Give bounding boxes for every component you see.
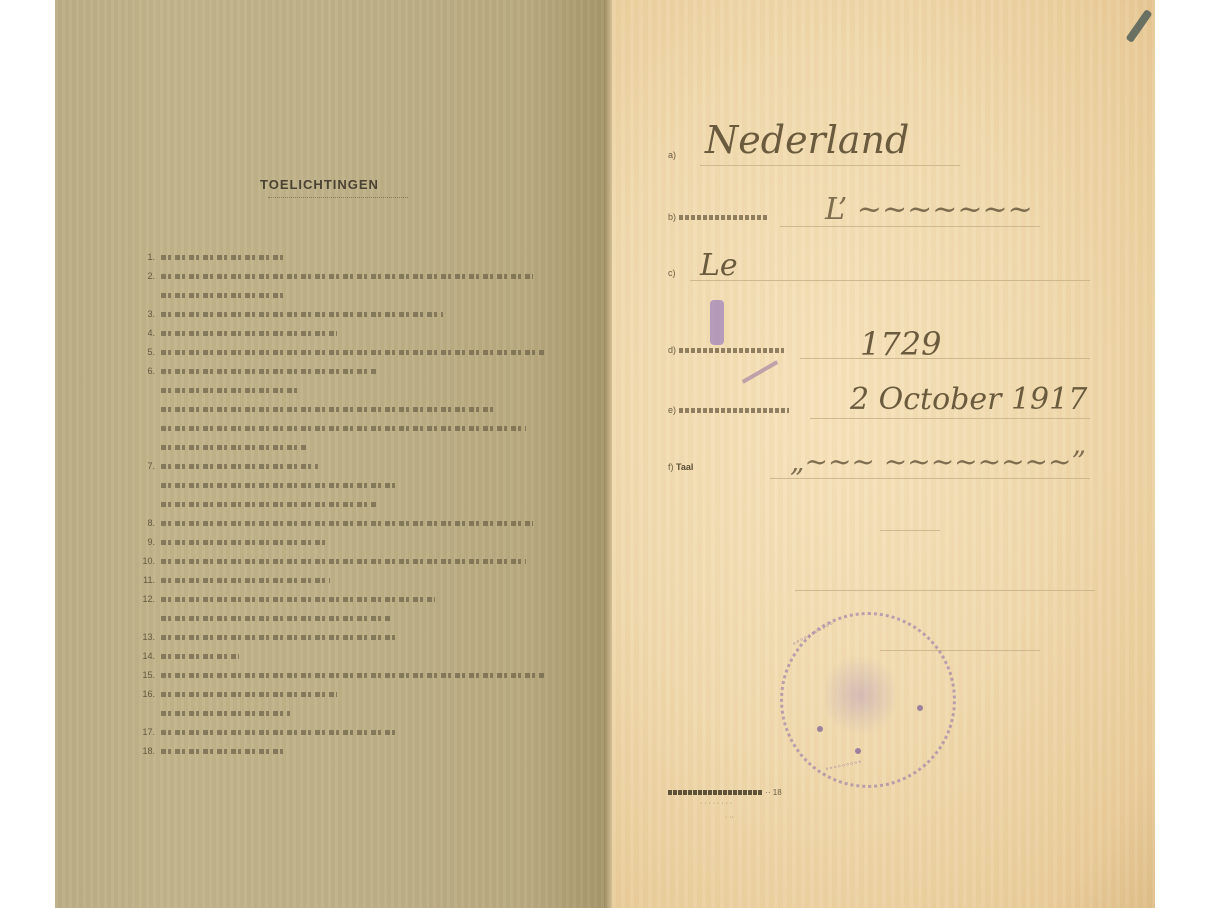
field-a-value: Nederland <box>705 118 909 162</box>
illegible-text-line <box>161 521 533 526</box>
notes-title: TOELICHTINGEN <box>260 177 379 192</box>
note-item: 18. <box>133 742 553 761</box>
note-number: 4. <box>133 324 161 343</box>
note-number: 12. <box>133 590 161 628</box>
printer-line-3: · ·· <box>725 814 734 821</box>
note-number: 3. <box>133 305 161 324</box>
illegible-text-line <box>161 673 545 678</box>
printer-line-2: · · · · · · · · <box>700 800 732 807</box>
illegible-text-line <box>161 502 377 507</box>
illegible-text-line <box>161 578 330 583</box>
note-number: 13. <box>133 628 161 647</box>
blank-rule-2 <box>795 590 1095 591</box>
note-number: 5. <box>133 343 161 362</box>
note-number: 18. <box>133 742 161 761</box>
note-item: 13. <box>133 628 553 647</box>
field-b-value: L’ ~~~~~~~ <box>825 192 1033 227</box>
note-number: 8. <box>133 514 161 533</box>
stamp-emblem <box>825 650 895 740</box>
note-item: 16. <box>133 685 553 723</box>
note-item: 11. <box>133 571 553 590</box>
field-d-value: 1729 <box>860 325 941 363</box>
field-b-label: b) <box>668 212 769 222</box>
note-number: 15. <box>133 666 161 685</box>
note-number: 14. <box>133 647 161 666</box>
field-d-label: d) <box>668 345 784 355</box>
note-item: 2. <box>133 267 553 305</box>
note-item: 3. <box>133 305 553 324</box>
illegible-text-line <box>161 274 533 279</box>
note-item: 8. <box>133 514 553 533</box>
note-number: 2. <box>133 267 161 305</box>
illegible-text-line <box>161 692 337 697</box>
note-item: 15. <box>133 666 553 685</box>
field-e-rule <box>810 418 1090 419</box>
illegible-text-line <box>161 331 337 336</box>
note-number: 6. <box>133 362 161 457</box>
illegible-text-line <box>161 464 318 469</box>
note-number: 1. <box>133 248 161 267</box>
illegible-text-line <box>161 540 326 545</box>
note-number: 10. <box>133 552 161 571</box>
illegible-text-line <box>161 730 396 735</box>
note-item: 9. <box>133 533 553 552</box>
field-f-rule <box>770 478 1090 479</box>
field-e-value: 2 October 1917 <box>850 382 1087 417</box>
note-item: 10. <box>133 552 553 571</box>
field-d-rule <box>800 358 1090 359</box>
illegible-text-line <box>161 388 298 393</box>
stamp-dot <box>917 705 923 711</box>
purple-ink-mark <box>710 300 724 345</box>
illegible-text-line <box>161 711 290 716</box>
illegible-text-line <box>161 483 396 488</box>
field-a-rule <box>700 165 960 166</box>
note-item: 17. <box>133 723 553 742</box>
illegible-text-line <box>161 749 286 754</box>
illegible-text-line <box>161 654 239 659</box>
title-underline <box>268 196 408 198</box>
field-a-marker: a) <box>668 150 676 160</box>
illegible-text-line <box>161 426 526 431</box>
illegible-text-line <box>161 597 435 602</box>
note-number: 7. <box>133 457 161 514</box>
notes-list: 1.2.3.4.5.6.7.8.9.10.11.12.13.14.15.16.1… <box>133 248 553 761</box>
field-e-label: e) <box>668 405 789 415</box>
illegible-text-line <box>161 312 443 317</box>
note-item: 12. <box>133 590 553 628</box>
illegible-text-line <box>161 255 286 260</box>
field-f-value: „~~~ ~~~~~~~~” <box>790 445 1086 478</box>
note-number: 11. <box>133 571 161 590</box>
printer-line: ·· 18 <box>668 788 782 797</box>
illegible-text-line <box>161 369 377 374</box>
illegible-text-line <box>161 350 545 355</box>
field-c-marker: c) <box>668 268 676 278</box>
field-f-label: f) Taal <box>668 462 693 472</box>
illegible-text-line <box>161 445 307 450</box>
note-item: 5. <box>133 343 553 362</box>
illegible-text-line <box>161 293 283 298</box>
stamp-dot <box>855 748 861 754</box>
illegible-text-line <box>161 559 526 564</box>
illegible-text-line <box>161 616 391 621</box>
illegible-text-line <box>161 635 396 640</box>
note-item: 4. <box>133 324 553 343</box>
stamp-dot <box>817 726 823 732</box>
field-c-rule <box>690 280 1090 281</box>
illegible-text-line <box>161 407 494 412</box>
note-item: 7. <box>133 457 553 514</box>
note-item: 14. <box>133 647 553 666</box>
note-item: 6. <box>133 362 553 457</box>
blank-rule-1 <box>880 530 940 531</box>
note-item: 1. <box>133 248 553 267</box>
note-number: 17. <box>133 723 161 742</box>
field-c-value: Le <box>700 248 738 283</box>
note-number: 9. <box>133 533 161 552</box>
note-number: 16. <box>133 685 161 723</box>
